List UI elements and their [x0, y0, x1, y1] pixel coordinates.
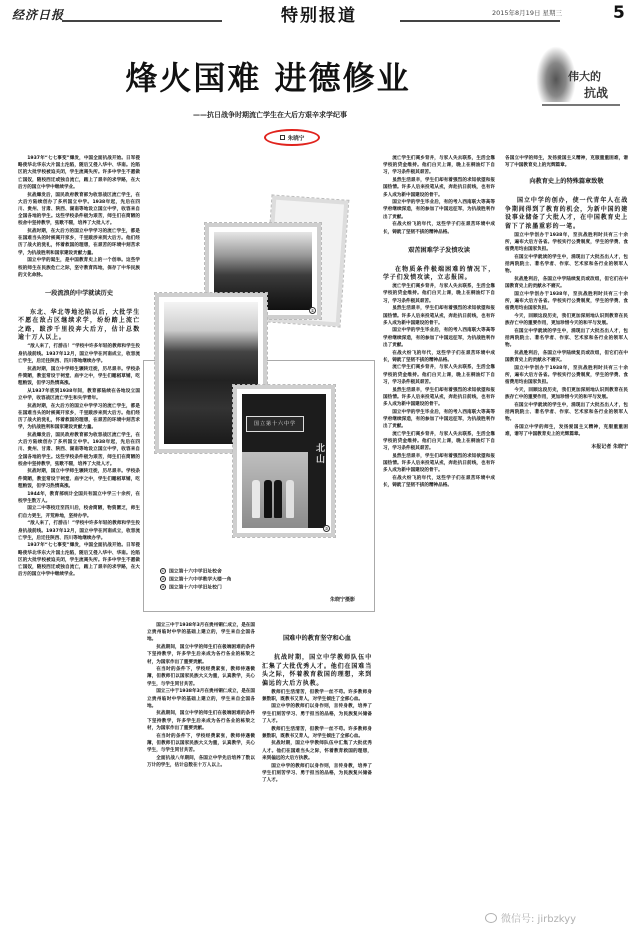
subheadline: ——抗日战争时期流亡学生在大后方艰辛求学纪事: [150, 110, 390, 120]
paragraph: 抗战时期，国立中学师生辗转迁徙，历尽艰辛。学校条件简陋，教室常设于祠堂、庙宇之中…: [18, 366, 140, 388]
paragraph: 抗战时期，在大后方的国立中学学习的流亡学生，都是在国难当头的时候离开家乡，千里跋…: [18, 403, 140, 432]
page-number: 5: [613, 3, 625, 23]
photo-credit: 朱晓宁摄影: [330, 596, 355, 603]
paragraph: 抗战爆发后，国民政府教育部为收容战区流亡学生，在大后方陆续创办了多所国立中学。1…: [18, 432, 140, 468]
paragraph: 1944年，教育部统计全国共有国立中学三十余所，在校学生数万人。: [18, 491, 140, 505]
paragraph: 虽然生活艰辛，学生们却有着强烈的求知欲望和报国热情。许多人后来投笔从戎，奔赴抗日…: [383, 177, 495, 199]
paragraph: 抗战期间，国立中学的师生们在极端困难的条件下坚持教学，许多学生后来成为各行各业的…: [147, 710, 255, 732]
paragraph: 在当时的条件下，学校经费紧张，教师待遇微薄，但教师们以国家民族大义为重，认真教学…: [147, 666, 255, 688]
paragraph: 在国立中学就读的学生中，涌现出了大批杰出人才，包括两院院士、著名学者、作家、艺术…: [505, 328, 628, 350]
photo-captions: ①国立第十六中学旧址校舍 ②国立第十六中学教学大楼一角 ③国立第十六中学旧址校门: [160, 568, 231, 592]
header-rule-right: [400, 20, 560, 22]
paragraph: 各国立中学的师生，发扬爱国主义精神，克服重重困难，谱写了中国教育史上的光辉篇章。: [505, 155, 628, 169]
stone-plaque: 北山: [316, 444, 326, 466]
paragraph: 国立中学创办于1938年，至抗战胜利时共有三十余所，遍布大后方各省。学校实行公费…: [505, 291, 628, 313]
paragraph: 在国立中学就读的学生中，涌现出了大批杰出人才，包括两院院士、著名学者、作家、艺术…: [505, 402, 628, 424]
column-5: 各国立中学的师生，发扬爱国主义精神，克服重重困难，谱写了中国教育史上的光辉篇章。…: [505, 155, 628, 930]
lead-paragraph: 国立中学的创办，使一代青年人在战争期间得到了教育的机会，为新中国的建设事业储备了…: [505, 197, 628, 231]
section-heading: 艰苦困难学子发愤攻读: [383, 246, 495, 256]
section-heading: 一段流浪的中学就读历史: [18, 289, 140, 299]
badge-line2: 抗战: [584, 84, 608, 101]
paragraph: 各国立中学的师生，发扬爱国主义精神，克服重重困难，谱写了中国教育史上的光辉篇章。: [505, 424, 628, 438]
paragraph: 从1937年底到1938年间，教育部陆续在各地设立国立中学，收容战区流亡学生和失…: [18, 388, 140, 402]
person-figure: [286, 480, 294, 518]
paragraph: 流亡学生们离乡背井，与家人失去联系，生活全靠学校的贷金维持。他们白天上课，晚上在…: [383, 431, 495, 453]
photo-3-school-entrance: 国立第十六中学 北山 ③: [233, 385, 335, 537]
paragraph: 国立中学的教师们以身作则，言传身教，培养了学生们刻苦学习、勇于担当的品格，为民族…: [262, 703, 372, 725]
paragraph: 流亡学生们离乡背井，与家人失去联系，生活全靠学校的贷金维持。他们白天上课，晚上在…: [383, 364, 495, 386]
photo-number-1: ①: [309, 307, 316, 314]
paragraph: “敌人来了，打游击！”学校中许多年轻的教师和学生投身抗战前线。1937年12月，…: [18, 343, 140, 365]
paragraph: 流亡学生们离乡背井，与家人失去联系，生活全靠学校的贷金维持。他们白天上课，晚上在…: [383, 283, 495, 305]
watermark-text: 微信号: jirbzkyy: [501, 910, 576, 925]
paragraph: 在当时的条件下，学校经费紧张，教师待遇微薄，但教师们以国家民族大义为重，认真教学…: [147, 733, 255, 755]
paragraph: 国立中学创办于1938年，至抗战胜利时共有三十余所，遍布大后方各省。学校实行公费…: [505, 232, 628, 254]
paragraph: 教师们生活清苦，但教学一丝不苟。许多教师身兼数职，既教书又育人，对学生倾注了全部…: [262, 689, 372, 703]
byline-box-icon: [280, 135, 285, 140]
section-heading: 向教育史上的特殊篇章致敬: [505, 177, 628, 187]
column-1: 1937年“七七事变”爆发，中国全面抗战开始。日军侵略使华北华东大片国土沦陷，随…: [18, 155, 140, 945]
paragraph: 国立中学的学生毕业后，有的考入西南联大等高等学府继续深造，有的参加了中国远征军，…: [383, 199, 495, 221]
paragraph: 在国立中学就读的学生中，涌现出了大批杰出人才，包括两院院士、著名学者、作家、艺术…: [505, 254, 628, 276]
lead-paragraph: 东北、华北等地沦陷以后，大批学生不愿在敌占区继续求学，纷纷踏上流亡之路，跋涉千里…: [18, 309, 140, 343]
paragraph: 国立中学创办于1938年，至抗战胜利时共有三十余所，遍布大后方各省。学校实行公费…: [505, 365, 628, 387]
paragraph: 抗战期间，国立中学的师生们在极端困难的条件下坚持教学，许多学生后来成为各行各业的…: [147, 644, 255, 666]
paragraph: 流亡学生们离乡背井，与家人失去联系，生活全靠学校的贷金维持。他们白天上课，晚上在…: [383, 155, 495, 177]
paragraph: 抗战胜利后，各国立中学陆续复员或改组，但它们在中国教育史上的贡献永不磨灭。: [505, 276, 628, 290]
school-sign: 国立第十六中学: [246, 416, 304, 432]
paragraph: 国立中学的学生毕业后，有的考入西南联大等高等学府继续深造，有的参加了中国远征军，…: [383, 409, 495, 431]
section-heading: 国难中的教育坚守和心血: [262, 634, 372, 644]
paragraph: 虽然生活艰辛，学生们却有着强烈的求知欲望和报国热情。许多人后来投笔从戎，奔赴抗日…: [383, 453, 495, 475]
person-figure: [264, 480, 272, 518]
column-3: 国难中的教育坚守和心血 抗战时期，国立中学教师队伍中汇集了大批优秀人才。他们在国…: [262, 630, 372, 944]
photo-number-3: ③: [323, 525, 330, 532]
column-4: 流亡学生们离乡背井，与家人失去联系，生活全靠学校的贷金维持。他们白天上课，晚上在…: [383, 155, 495, 945]
byline-highlight-circle: 朱晓宁: [264, 129, 320, 146]
lead-paragraph: 抗战时期，国立中学教师队伍中汇集了大批优秀人才。他们在国难当头之际，怀着教育救国…: [262, 654, 372, 688]
paragraph: 国立三中于1938年3月在贵州铜仁成立，是在国立贵州临时中学的基础上建立的，学生…: [147, 622, 255, 644]
paragraph: 在战火纷飞的年代，这些学子们在艰苦环境中成长，铸就了坚韧不拔的精神品格。: [383, 475, 495, 489]
paragraph: 国立二中等校迁至四川后，校舍简陋，物资匮乏，师生们自力更生，开荒种地，坚持办学。: [18, 505, 140, 519]
column-2: 国立三中于1938年3月在贵州铜仁成立，是在国立贵州临时中学的基础上建立的，学生…: [147, 622, 255, 944]
paragraph: 抗战爆发后，国民政府教育部为收容战区流亡学生，在大后方陆续创办了多所国立中学。1…: [18, 192, 140, 228]
masthead: 经济日报 特别报道 2015年8月19日 星期三 5: [0, 0, 638, 30]
paragraph: 抗战时期，国立中学教师队伍中汇集了大批优秀人才。他们在国难当头之际，怀着教育救国…: [262, 740, 372, 762]
paragraph: 国立中学的学生毕业后，有的考入西南联大等高等学府继续深造，有的参加了中国远征军，…: [383, 327, 495, 349]
paragraph: 抗战时期，国立中学师生辗转迁徙，历尽艰辛。学校条件简陋，教室常设于祠堂、庙宇之中…: [18, 468, 140, 490]
paragraph: 国立中学的诞生，是中国教育史上的一个创举。这些学校的师生在民族危亡之际，坚守教育…: [18, 257, 140, 279]
paragraph: 虽然生活艰辛，学生们却有着强烈的求知欲望和报国热情。许多人后来投笔从戎，奔赴抗日…: [383, 305, 495, 327]
paragraph: 抗战胜利后，各国立中学陆续复员或改组，但它们在中国教育史上的贡献永不磨灭。: [505, 350, 628, 364]
paragraph: 1937年“七七事变”爆发，中国全面抗战开始。日军侵略使华北华东大片国土沦陷，随…: [18, 155, 140, 191]
paragraph: 国立中学的教师们以身作则，言传身教，培养了学生们刻苦学习、勇于担当的品格，为民族…: [262, 763, 372, 785]
paragraph: “敌人来了，打游击！”学校中许多年轻的教师和学生投身抗战前线。1937年12月，…: [18, 520, 140, 542]
wechat-icon: [485, 913, 497, 923]
paragraph: 教师们生活清苦，但教学一丝不苟。许多教师身兼数职，既教书又育人，对学生倾注了全部…: [262, 726, 372, 740]
series-badge: 伟大的 抗战: [530, 40, 630, 112]
paragraph: 今天，回顾这段历史，我们更加深刻地认识到教育在民族存亡中的重要作用，更加珍惜今天…: [505, 387, 628, 401]
paragraph: 今天，回顾这段历史，我们更加深刻地认识到教育在民族存亡中的重要作用，更加珍惜今天…: [505, 313, 628, 327]
badge-rule: [542, 104, 620, 106]
paragraph: 全面抗战八年期间，各国立中学先后培养了数以万计的学生，估计总数在十万人以上。: [147, 755, 255, 769]
wechat-watermark: 微信号: jirbzkyy: [485, 910, 576, 925]
issue-date: 2015年8月19日 星期三: [492, 8, 562, 17]
author-signature: 本报记者 朱晓宁: [505, 444, 628, 451]
paragraph: 1937年“七七事变”爆发，中国全面抗战开始。日军侵略使华北华东大片国土沦陷，随…: [18, 542, 140, 578]
caption-item: ②国立第十六中学教学大楼一角: [160, 576, 231, 584]
badge-line1: 伟大的: [568, 68, 601, 84]
lead-paragraph: 在物质条件极端困难的情况下，学子们发愤攻读，立志报国。: [383, 266, 495, 283]
paragraph: 在战火纷飞的年代，这些学子们在艰苦环境中成长，铸就了坚韧不拔的精神品格。: [383, 221, 495, 235]
byline: 朱晓宁: [288, 134, 305, 142]
person-figure: [252, 480, 260, 518]
person-figure: [274, 480, 282, 518]
paragraph: 抗战时期，在大后方的国立中学学习的流亡学生，都是在国难当头的时候离开家乡，千里跋…: [18, 228, 140, 257]
paragraph: 虽然生活艰辛，学生们却有着强烈的求知欲望和报国热情。许多人后来投笔从戎，奔赴抗日…: [383, 387, 495, 409]
headline: 烽火国难 进德修业: [118, 53, 418, 99]
paragraph: 国立三中于1938年3月在贵州铜仁成立，是在国立贵州临时中学的基础上建立的，学生…: [147, 688, 255, 710]
caption-item: ①国立第十六中学旧址校舍: [160, 568, 231, 576]
paragraph: 在战火纷飞的年代，这些学子们在艰苦环境中成长，铸就了坚韧不拔的精神品格。: [383, 350, 495, 364]
caption-item: ③国立第十六中学旧址校门: [160, 584, 231, 592]
